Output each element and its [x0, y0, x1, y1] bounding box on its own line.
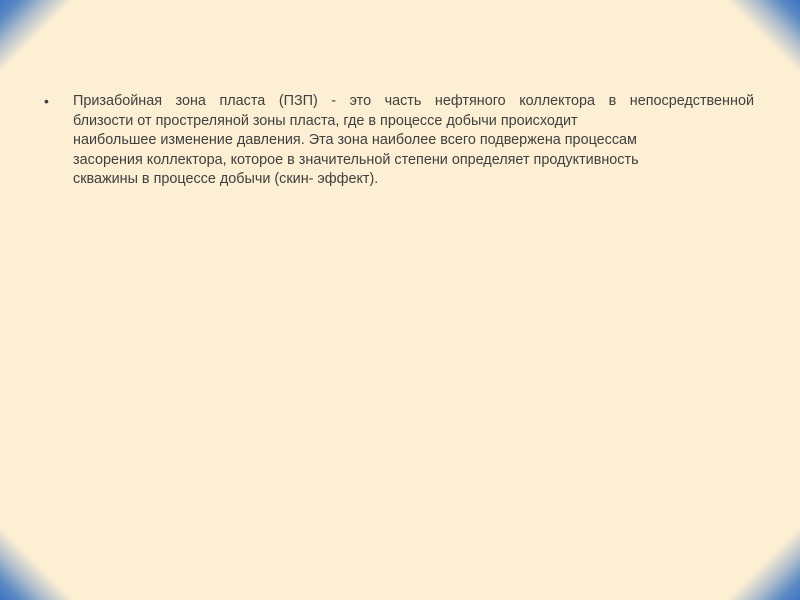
corner-gradient-top-left [0, 0, 800, 600]
text-line: засорения коллектора, которое в значител… [73, 151, 754, 171]
slide: • Призабойная зона пласта (ПЗП) - это ча… [0, 0, 800, 600]
text-line: Призабойная зона пласта (ПЗП) - это част… [73, 92, 754, 112]
bullet-icon: • [44, 92, 49, 112]
text-line: скважины в процессе добычи (скин- эффект… [73, 170, 754, 190]
bullet-item: • Призабойная зона пласта (ПЗП) - это ча… [44, 92, 754, 190]
slide-body: • Призабойная зона пласта (ПЗП) - это ча… [44, 92, 754, 190]
text-line: наибольшее изменение давления. Эта зона … [73, 131, 754, 151]
corner-gradient-bottom-left [0, 0, 800, 600]
text-line: близости от простреляной зоны пласта, гд… [73, 112, 754, 132]
corner-gradient-top-right [0, 0, 800, 600]
corner-gradient-bottom-right [0, 0, 800, 600]
